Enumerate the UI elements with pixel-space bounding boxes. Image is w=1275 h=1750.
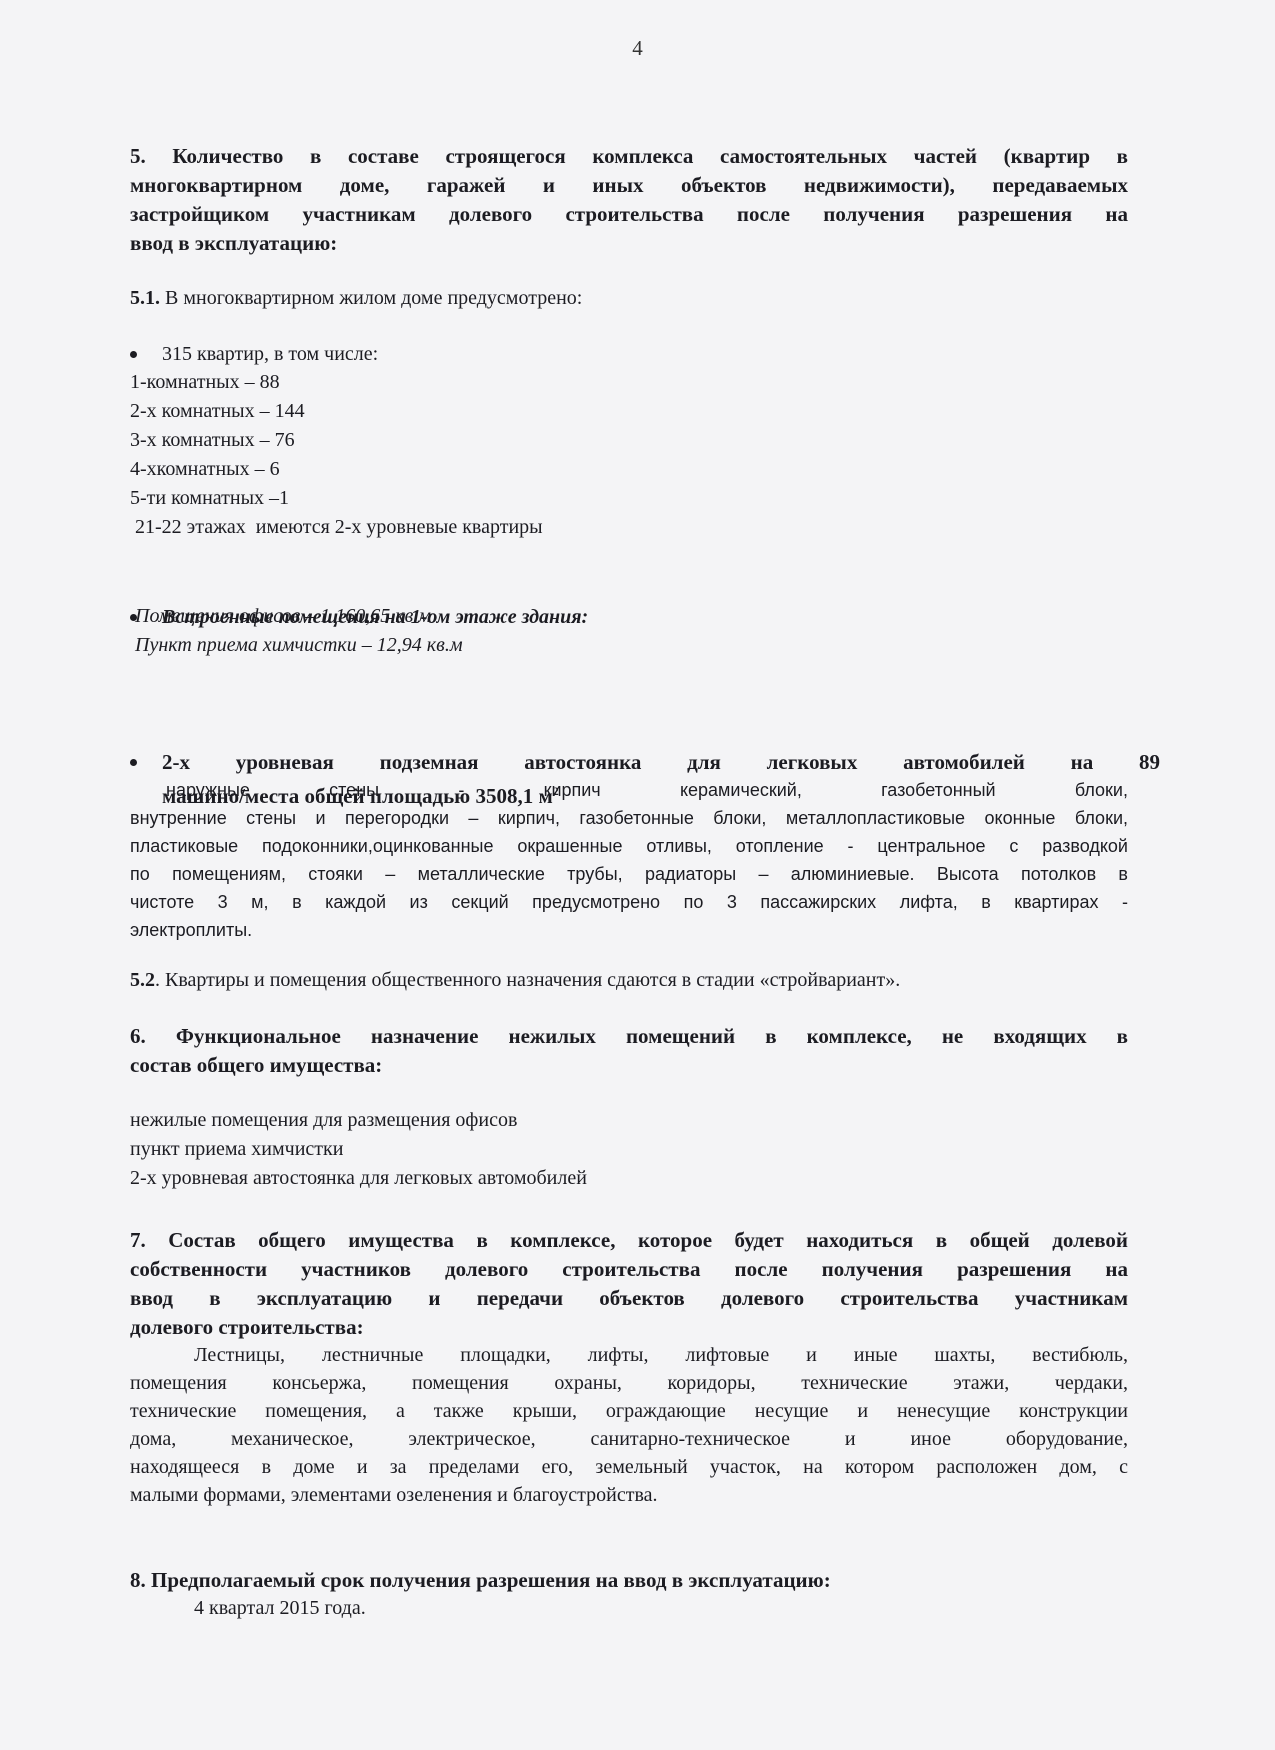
- list-item: 21-22 этажах имеются 2-х уровневые кварт…: [130, 513, 1128, 542]
- section-number: 5.2: [130, 969, 155, 991]
- apartments-bullet: 315 квартир, в том числе:: [128, 340, 1160, 369]
- list-item: 2-х уровневая автостоянка для легковых а…: [130, 1164, 1128, 1193]
- apartments-list: 1-комнатных – 88 2-х комнатных – 144 3-х…: [130, 368, 1128, 542]
- section-8-value: 4 квартал 2015 года.: [130, 1594, 1192, 1623]
- text-line: дома, механическое, электрическое, санит…: [130, 1425, 1128, 1453]
- heading-line: состав общего имущества:: [130, 1051, 1128, 1080]
- text-line: наружные стены - кирпич керамический, га…: [130, 776, 1128, 804]
- list-item: 1-комнатных – 88: [130, 368, 1128, 397]
- built-in-premises-list: Помещения офисов – 1 160,65 кв.м Пункт п…: [130, 602, 1128, 660]
- section-number: 5.1.: [130, 287, 160, 309]
- heading-line: собственности участников долевого строит…: [130, 1255, 1128, 1284]
- section-text: . Квартиры и помещения общественного наз…: [155, 969, 900, 991]
- section-5-2: 5.2. Квартиры и помещения общественного …: [130, 966, 1128, 995]
- list-item: нежилые помещения для размещения офисов: [130, 1106, 1128, 1135]
- page-number: 4: [0, 36, 1275, 61]
- text-line: технические помещения, а также крыши, ог…: [130, 1397, 1128, 1425]
- text-line: по помещениям, стояки – металлические тр…: [130, 860, 1128, 888]
- heading-line: долевого строительства:: [130, 1313, 1128, 1342]
- list-item: Пункт приема химчистки – 12,94 кв.м: [130, 631, 1128, 660]
- heading-line: застройщиком участникам долевого строите…: [130, 200, 1128, 229]
- list-item: Помещения офисов – 1 160,65 кв.м: [130, 602, 1128, 631]
- text-line: чистоте 3 м, в каждой из секций предусмо…: [130, 888, 1128, 916]
- text-line: пластиковые подоконники,оцинкованные окр…: [130, 832, 1128, 860]
- text-line: помещения консьержа, помещения охраны, к…: [130, 1369, 1128, 1397]
- section-7-heading: 7. Состав общего имущества в комплексе, …: [130, 1226, 1128, 1342]
- list-item: 3-х комнатных – 76: [130, 426, 1128, 455]
- materials-paragraph: наружные стены - кирпич керамический, га…: [130, 776, 1128, 944]
- heading-line: 5. Количество в составе строящегося комп…: [130, 142, 1128, 171]
- heading-line: ввод в эксплуатацию и передачи объектов …: [130, 1284, 1128, 1313]
- section-5-heading: 5. Количество в составе строящегося комп…: [130, 142, 1128, 258]
- list-item: пункт приема химчистки: [130, 1135, 1128, 1164]
- section-6-heading: 6. Функциональное назначение нежилых пом…: [130, 1022, 1128, 1080]
- section-7-body: Лестницы, лестничные площадки, лифты, ли…: [130, 1341, 1128, 1509]
- heading-line: 6. Функциональное назначение нежилых пом…: [130, 1022, 1128, 1051]
- text-line: находящееся в доме и за пределами его, з…: [130, 1453, 1128, 1481]
- text-line: Лестницы, лестничные площадки, лифты, ли…: [130, 1341, 1128, 1369]
- heading-line: 7. Состав общего имущества в комплексе, …: [130, 1226, 1128, 1255]
- section-6-list: нежилые помещения для размещения офисов …: [130, 1106, 1128, 1193]
- heading-line: ввод в эксплуатацию:: [130, 229, 1128, 258]
- heading-line: многоквартирном доме, гаражей и иных объ…: [130, 171, 1128, 200]
- text-line: электроплиты.: [130, 916, 1128, 944]
- text-line: малыми формами, элементами озеленения и …: [130, 1481, 1128, 1509]
- section-text: В многоквартирном жилом доме предусмотре…: [160, 287, 582, 309]
- parking-line-1: 2-х уровневая подземная автостоянка для …: [162, 748, 1160, 777]
- list-item: 5-ти комнатных –1: [130, 484, 1128, 513]
- text-line: внутренние стены и перегородки – кирпич,…: [130, 804, 1128, 832]
- list-item: 2-х комнатных – 144: [130, 397, 1128, 426]
- section-8-heading: 8. Предполагаемый срок получения разреше…: [130, 1566, 1128, 1595]
- list-item: 4-хкомнатных – 6: [130, 455, 1128, 484]
- section-5-1-intro: 5.1. В многоквартирном жилом доме предус…: [130, 284, 1128, 313]
